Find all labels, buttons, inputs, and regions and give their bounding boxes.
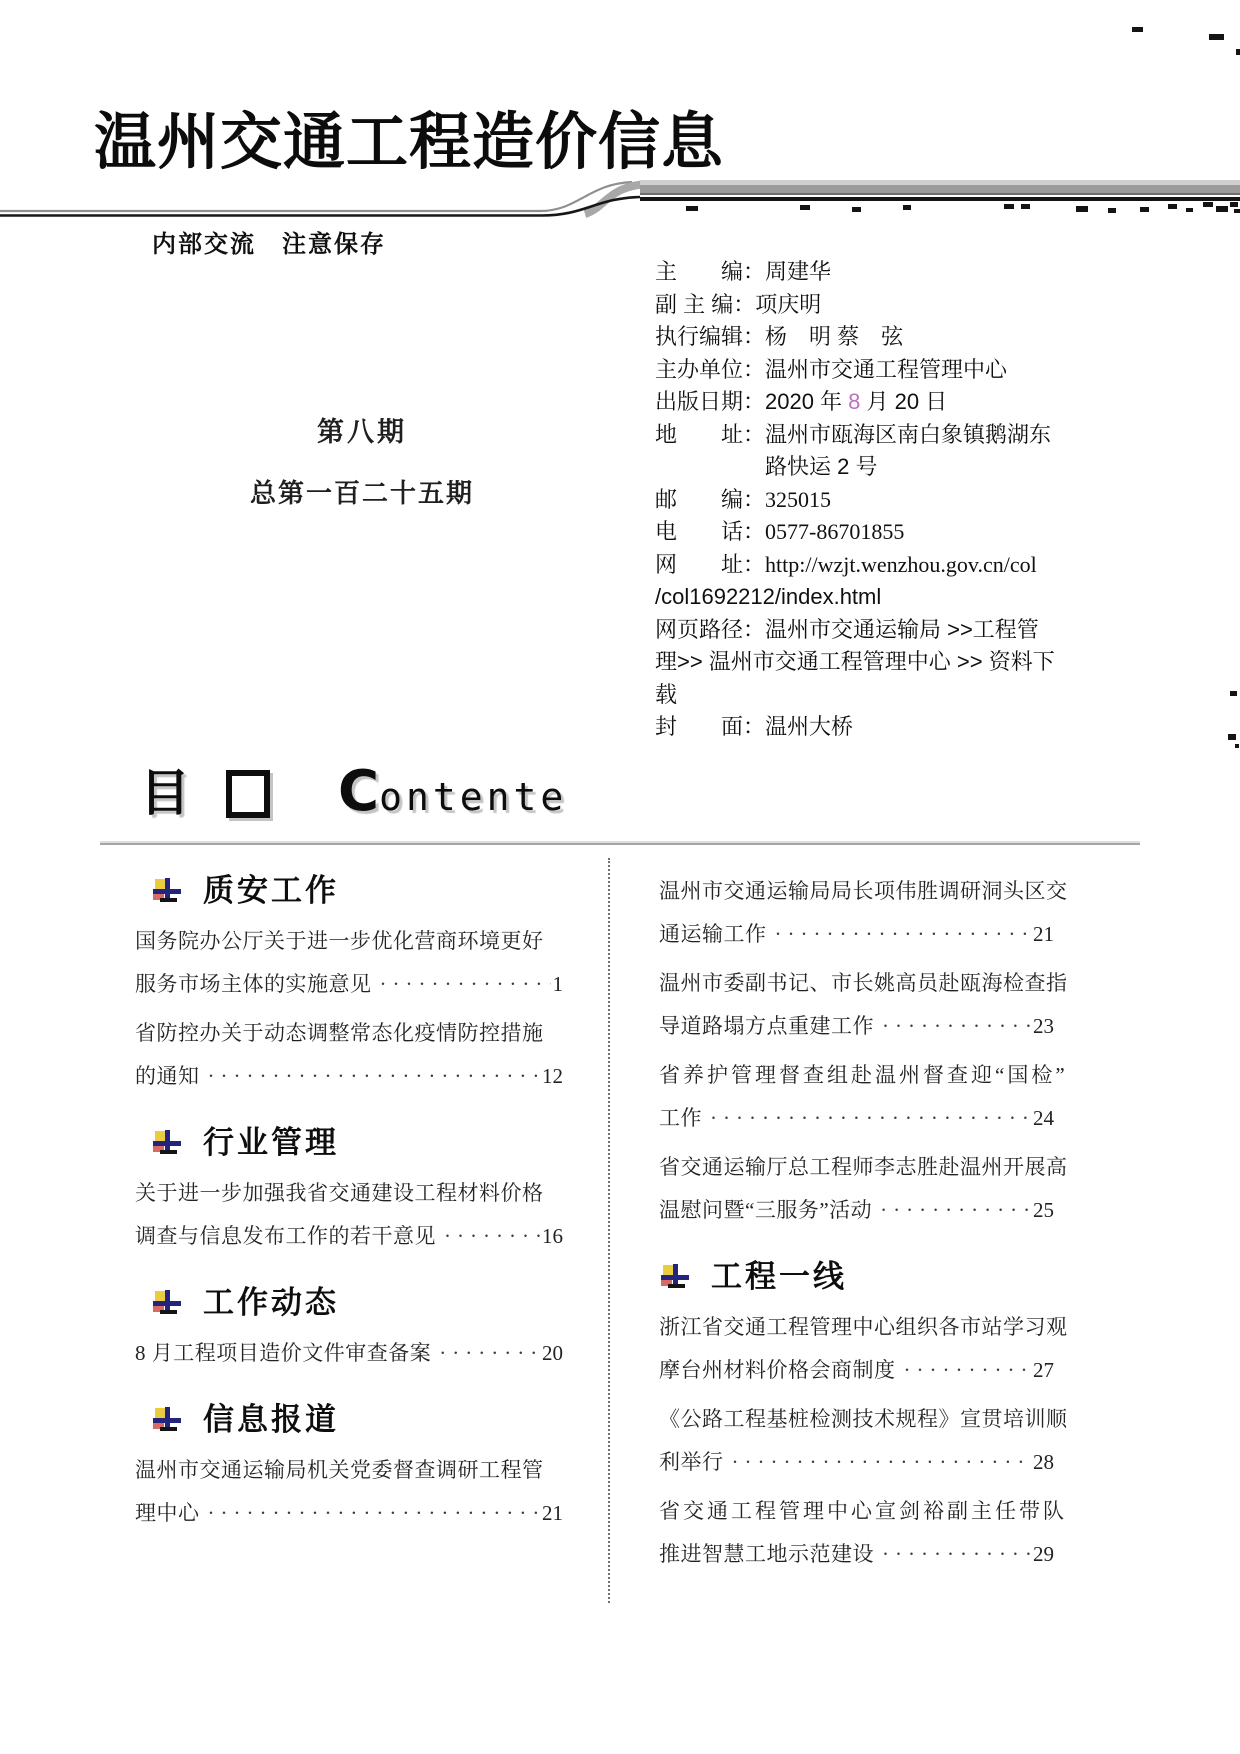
- issue-total-number: 总第一百二十五期: [212, 473, 512, 510]
- entry-line: 省交通运输厅总工程师李志胜赴温州开展高: [659, 1146, 1054, 1189]
- page-number: 21: [1033, 913, 1054, 956]
- section-bullet-icon: [153, 1405, 181, 1433]
- column-divider-dotted: [608, 858, 610, 1603]
- page-number: 27: [1033, 1349, 1054, 1392]
- imprint-chief-editor: 主 编：周建华: [655, 256, 1035, 289]
- publish-date-pre: 出版日期：2020 年: [655, 389, 848, 414]
- entry-line: 服务市场主体的实施意见: [135, 963, 372, 1006]
- toc-entry: 浙江省交通工程管理中心组织各市站学习观 摩台州材料价格会商制度27: [659, 1306, 1054, 1392]
- section-title: 工作动态: [203, 1281, 339, 1324]
- toc-entry: 省交通工程管理中心宣剑裕副主任带队 推进智慧工地示范建设29: [659, 1490, 1054, 1576]
- entry-line: 通运输工作: [659, 913, 767, 956]
- issue-number: 第八期: [212, 410, 512, 449]
- page-number: 12: [542, 1055, 563, 1098]
- section-title: 质安工作: [203, 869, 339, 912]
- ink-speck: [1132, 27, 1143, 32]
- entry-line: 省交通工程管理中心宣剑裕副主任带队: [659, 1490, 1054, 1533]
- dot-leader: [775, 913, 1032, 956]
- imprint-zip: 邮 编：325015: [655, 484, 1035, 517]
- page-number: 24: [1033, 1097, 1054, 1140]
- section-title: 工程一线: [711, 1255, 847, 1298]
- toc-entry: 温州市交通运输局局长项伟胜调研洞头区交 通运输工作21: [659, 870, 1054, 956]
- toc-entry: 省养护管理督查组赴温州督查迎“国检” 工作24: [659, 1054, 1054, 1140]
- toc-entry: 国务院办公厅关于进一步优化营商环境更好 服务市场主体的实施意见1: [135, 920, 563, 1006]
- dot-leader: [208, 1492, 541, 1535]
- section-bullet-icon: [153, 1288, 181, 1316]
- web-label: 网 址：: [655, 552, 765, 577]
- toc-entry: 省交通运输厅总工程师李志胜赴温州开展高 温慰问暨“三服务”活动25: [659, 1146, 1054, 1232]
- entry-line: 8 月工程项目造价文件审查备案: [135, 1332, 431, 1375]
- page-number: 25: [1033, 1189, 1054, 1232]
- entry-line: 摩台州材料价格会商制度: [659, 1349, 896, 1392]
- toc-right-column: 温州市交通运输局局长项伟胜调研洞头区交 通运输工作21 温州市委副书记、市长姚高…: [659, 858, 1054, 1582]
- page-number: 23: [1033, 1005, 1054, 1048]
- page-number: 21: [542, 1492, 563, 1535]
- dot-leader: [904, 1349, 1032, 1392]
- contents-heading: 目 C ontente: [140, 766, 567, 818]
- entry-line: 调查与信息发布工作的若干意见: [135, 1215, 436, 1258]
- imprint-publish-date: 出版日期：2020 年 8 月 20 日: [655, 386, 1035, 419]
- page-number: 1: [553, 963, 564, 1006]
- toc-entry: 8 月工程项目造价文件审查备案20: [135, 1332, 563, 1375]
- section-bullet-icon: [661, 1262, 689, 1290]
- tel-value: 0577-86701855: [765, 519, 904, 544]
- imprint-organizer: 主办单位：温州市交通工程管理中心: [655, 354, 1035, 387]
- imprint-cover: 封 面：温州大桥: [655, 711, 1035, 744]
- toc-entry: 关于进一步加强我省交通建设工程材料价格 调查与信息发布工作的若干意见16: [135, 1172, 563, 1258]
- entry-line: 温州市交通运输局机关党委督查调研工程管: [135, 1449, 563, 1492]
- publish-date-post: 月 20 日: [860, 389, 947, 414]
- section-title: 信息报道: [203, 1398, 339, 1441]
- entry-line: 浙江省交通工程管理中心组织各市站学习观: [659, 1306, 1054, 1349]
- imprint-executive-editor: 执行编辑：杨 明 蔡 弦: [655, 321, 1035, 354]
- entry-line: 导道路塌方点重建工作: [659, 1005, 874, 1048]
- entry-line: 省防控办关于动态调整常态化疫情防控措施: [135, 1012, 563, 1055]
- ink-speck: [1235, 744, 1239, 748]
- entry-line: 的通知: [135, 1055, 200, 1098]
- page-number: 29: [1033, 1533, 1054, 1576]
- dot-leader: [444, 1215, 540, 1258]
- toc-section-industry-management: 行业管理: [135, 1122, 563, 1162]
- toc-section-project-frontline: 工程一线: [659, 1256, 1054, 1296]
- imprint-telephone: 电 话：0577-86701855: [655, 516, 1035, 549]
- entry-line: 推进智慧工地示范建设: [659, 1533, 874, 1576]
- table-of-contents: 质安工作 国务院办公厅关于进一步优化营商环境更好 服务市场主体的实施意见1 省防…: [100, 858, 1054, 1603]
- entry-line: 理中心: [135, 1492, 200, 1535]
- entry-line: 温州市委副书记、市长姚高员赴瓯海检查指: [659, 962, 1054, 1005]
- dot-leader: [882, 1533, 1031, 1576]
- entry-line: 工作: [659, 1097, 702, 1140]
- imprint-address-line1: 地 址：温州市瓯海区南白象镇鹅湖东: [655, 419, 1035, 452]
- imprint-web-path-line2: 理>> 温州市交通工程管理中心 >> 资料下: [655, 646, 1035, 679]
- ink-speck: [1209, 34, 1224, 40]
- magazine-contents-page: 温州交通工程造价信息 内部交流 注意保存 第八期 总第一百二十五期 主 编: [0, 0, 1240, 1754]
- entry-line: 温州市交通运输局局长项伟胜调研洞头区交: [659, 870, 1054, 913]
- ink-speck: [1228, 734, 1236, 740]
- toc-section-information-report: 信息报道: [135, 1399, 563, 1439]
- imprint-web-path-line3: 载: [655, 679, 1035, 712]
- contents-divider-rule: [100, 843, 1140, 845]
- dot-leader: [380, 963, 551, 1006]
- zip-label: 邮 编：: [655, 487, 765, 512]
- imprint-web-path-line1: 网页路径：温州市交通运输局 >>工程管: [655, 614, 1035, 647]
- zip-value: 325015: [765, 487, 831, 512]
- entry-line: 利举行: [659, 1441, 724, 1484]
- imprint-deputy-editor: 副 主 编：项庆明: [655, 289, 1035, 322]
- page-number: 28: [1033, 1441, 1054, 1484]
- toc-entry: 温州市委副书记、市长姚高员赴瓯海检查指 导道路塌方点重建工作23: [659, 962, 1054, 1048]
- dot-leader: [439, 1332, 540, 1375]
- toc-entry: 温州市交通运输局机关党委督查调研工程管 理中心21: [135, 1449, 563, 1535]
- section-bullet-icon: [153, 876, 181, 904]
- section-title: 行业管理: [203, 1121, 339, 1164]
- dot-leader: [710, 1097, 1031, 1140]
- imprint-address-line2: 路快运 2 号: [655, 451, 1035, 484]
- toc-entry: 省防控办关于动态调整常态化疫情防控措施 的通知12: [135, 1012, 563, 1098]
- dot-leader: [882, 1005, 1031, 1048]
- contents-cjk-glyph: 目: [140, 768, 190, 818]
- contents-word-rest: ontente: [379, 778, 567, 818]
- contents-capital-c: C: [338, 766, 379, 818]
- section-bullet-icon: [153, 1128, 181, 1156]
- imprint-website: 网 址：http://wzjt.wenzhou.gov.cn/col: [655, 549, 1035, 582]
- issue-block: 第八期 总第一百二十五期: [212, 410, 512, 510]
- toc-section-work-updates: 工作动态: [135, 1282, 563, 1322]
- entry-line: 《公路工程基桩检测技术规程》宣贯培训顺: [659, 1398, 1054, 1441]
- publish-month-number: 8: [848, 389, 860, 414]
- internal-notice: 内部交流 注意保存: [152, 224, 386, 259]
- entry-line: 温慰问暨“三服务”活动: [659, 1189, 872, 1232]
- web-url-line2: /col1692212/index.html: [655, 581, 1035, 614]
- entry-line: 省养护管理督查组赴温州督查迎“国检”: [659, 1054, 1054, 1097]
- toc-entry: 《公路工程基桩检测技术规程》宣贯培训顺 利举行28: [659, 1398, 1054, 1484]
- entry-line: 国务院办公厅关于进一步优化营商环境更好: [135, 920, 563, 963]
- dot-leader: [732, 1441, 1032, 1484]
- tel-label: 电 话：: [655, 519, 765, 544]
- page-number: 16: [542, 1215, 563, 1258]
- web-url-line1: http://wzjt.wenzhou.gov.cn/col: [765, 552, 1037, 577]
- imprint-block: 主 编：周建华 副 主 编：项庆明 执行编辑：杨 明 蔡 弦 主办单位：温州市交…: [655, 256, 1035, 744]
- ink-speck: [1230, 691, 1237, 696]
- dot-leader: [208, 1055, 541, 1098]
- toc-section-quality-safety: 质安工作: [135, 870, 563, 910]
- entry-line: 关于进一步加强我省交通建设工程材料价格: [135, 1172, 563, 1215]
- page-number: 20: [542, 1332, 563, 1375]
- ink-speck: [1236, 49, 1240, 55]
- toc-left-column: 质安工作 国务院办公厅关于进一步优化营商环境更好 服务市场主体的实施意见1 省防…: [135, 858, 563, 1541]
- contents-box-glyph: [226, 770, 270, 818]
- dot-leader: [880, 1189, 1031, 1232]
